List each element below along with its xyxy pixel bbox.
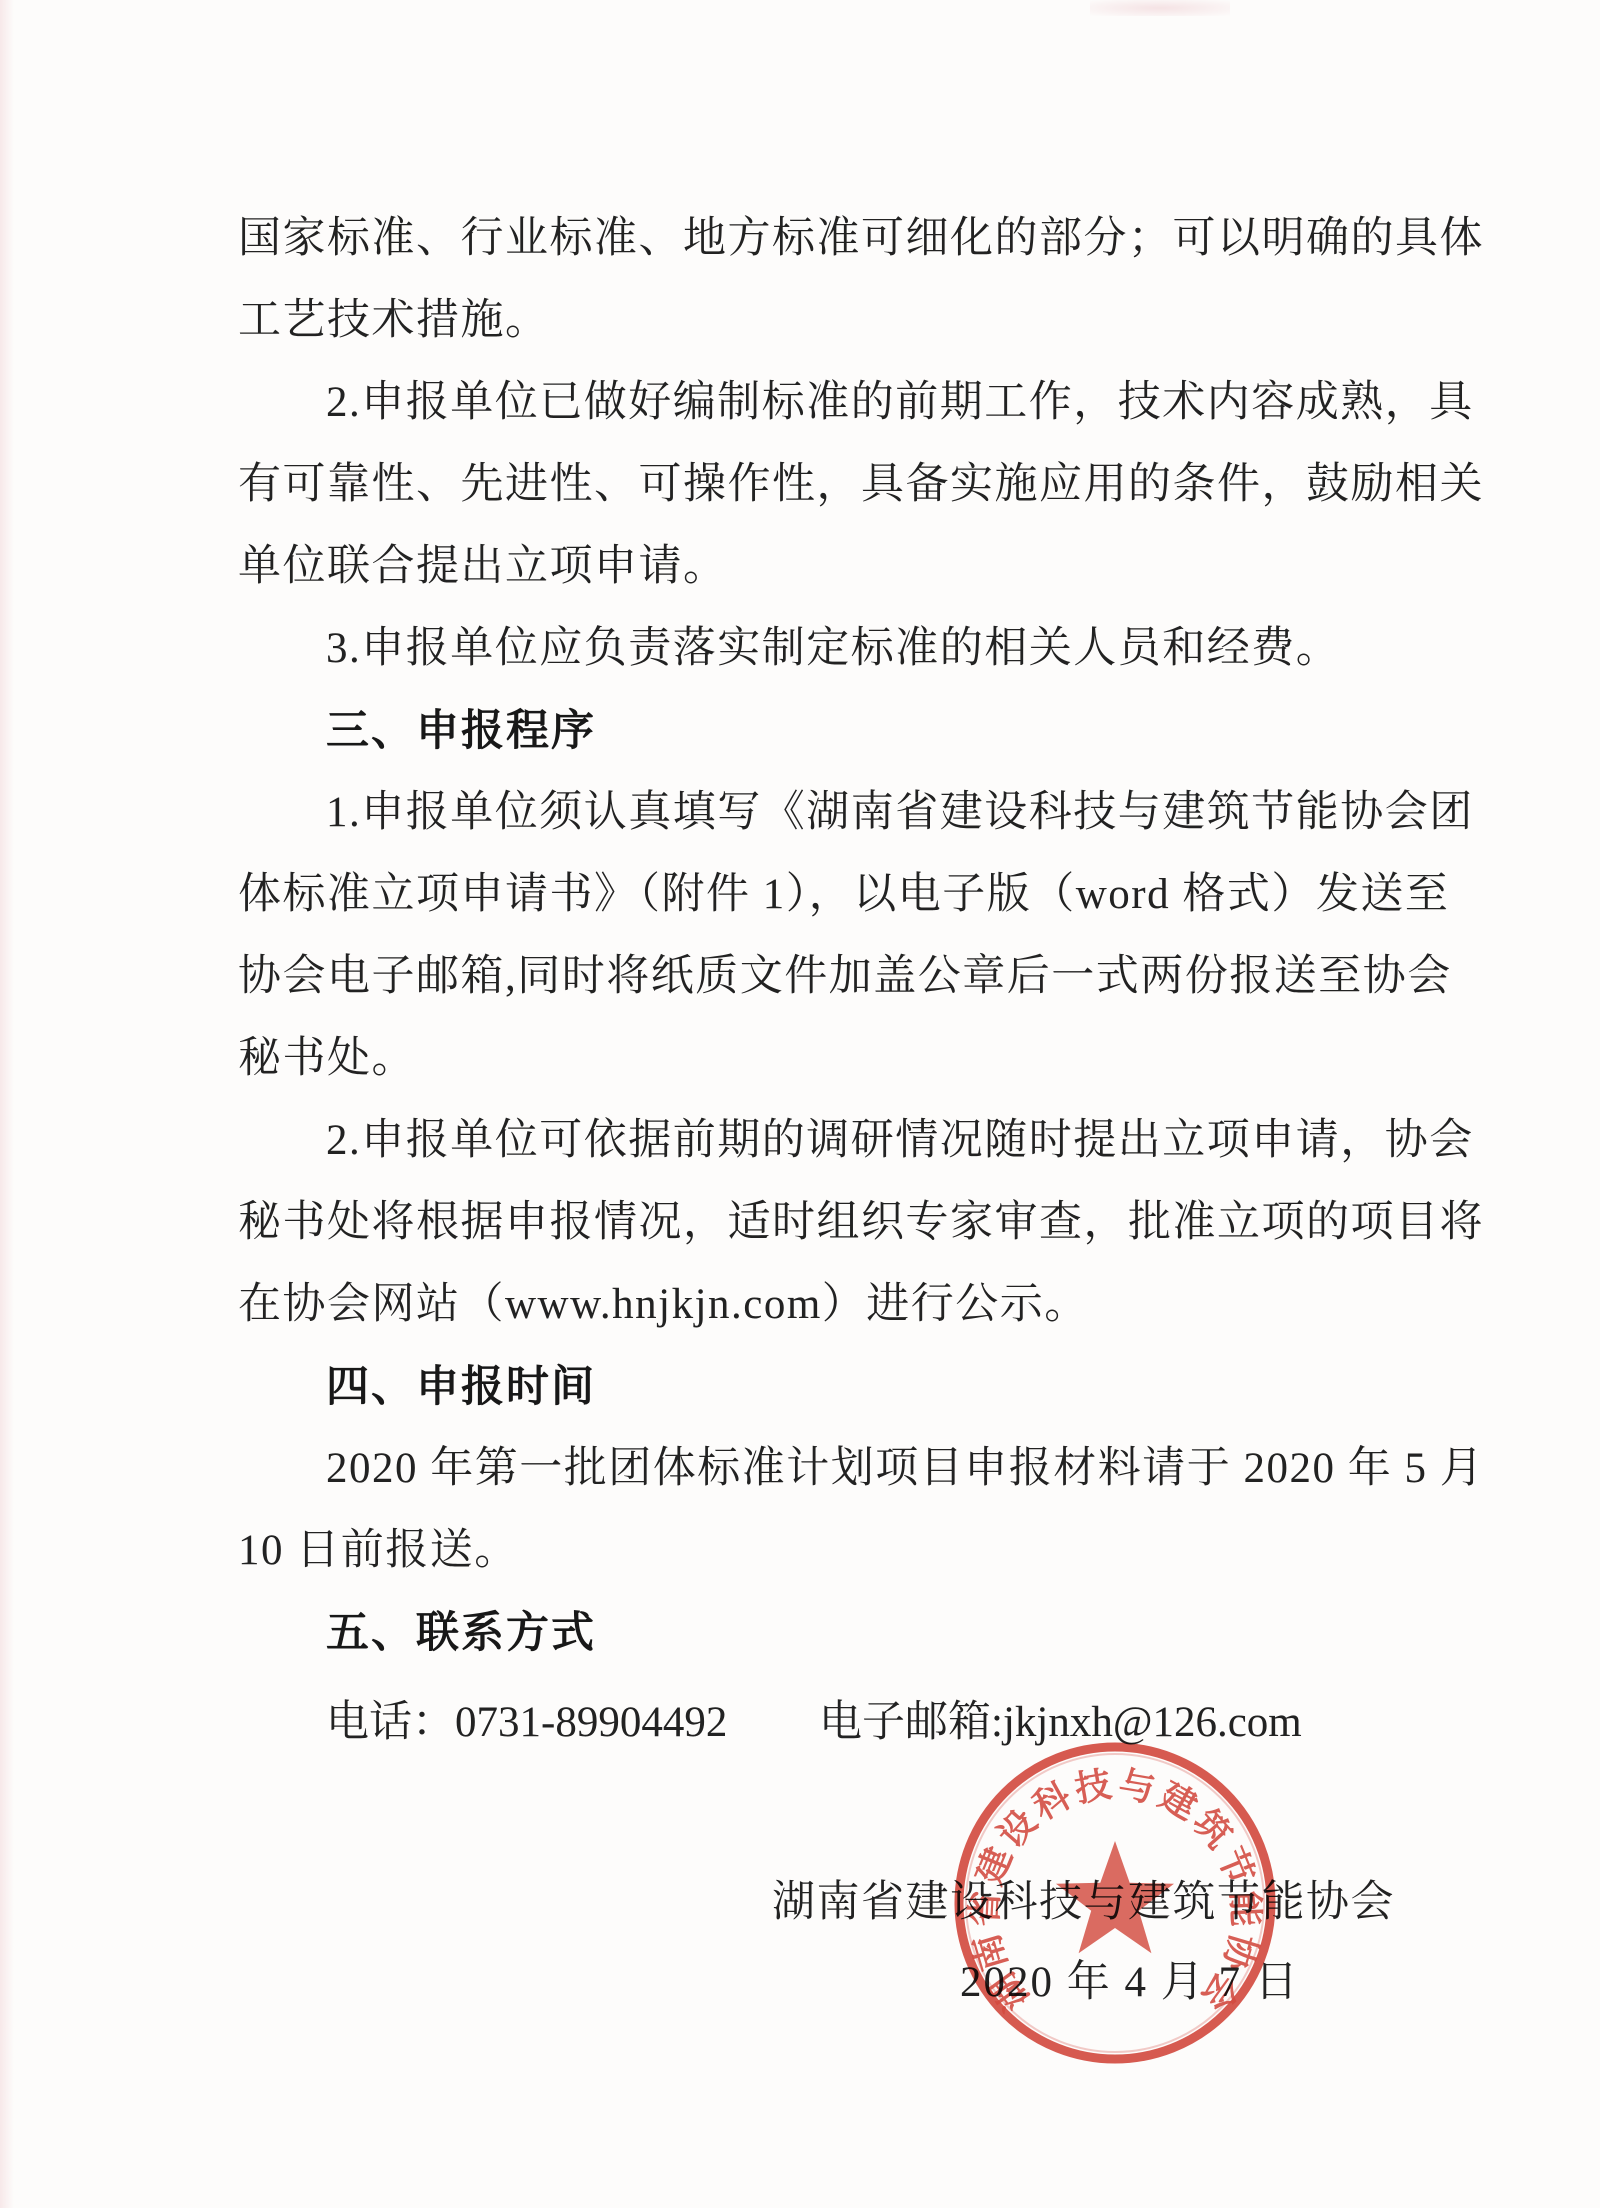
phone-label: 电话： xyxy=(326,1699,455,1746)
body-line: 国家标准、行业标准、地方标准可细化的部分；可以明确的具体 xyxy=(238,212,1484,266)
seal-char: 技 xyxy=(1072,1763,1114,1809)
body-line: 单位联合提出立项申请。 xyxy=(238,540,728,594)
body-line: 2.申报单位可依据前期的调研情况随时提出立项申请，协会 xyxy=(326,1114,1474,1168)
official-seal: 湖南省建设科技与建筑节能协会 xyxy=(925,1713,1305,2093)
body-line: 秘书处。 xyxy=(238,1032,416,1086)
phone-value: 0731-89904492 xyxy=(455,1699,727,1746)
seal-char: 与 xyxy=(1116,1763,1158,1809)
seal-char: 能 xyxy=(1224,1890,1267,1928)
body-line: 秘书处将根据申报情况，适时组织专家审查，批准立项的项目将 xyxy=(238,1196,1484,1250)
body-line: 3.申报单位应负责落实制定标准的相关人员和经费。 xyxy=(326,622,1340,676)
body-line: 工艺技术措施。 xyxy=(238,294,550,348)
section-heading: 四、申报时间 xyxy=(326,1360,596,1414)
seal-char: 南 xyxy=(965,1929,1015,1975)
seal-char: 湖 xyxy=(982,1965,1036,2018)
body-line: 10 日前报送。 xyxy=(238,1524,519,1578)
section-heading: 五、联系方式 xyxy=(326,1606,596,1660)
seal-star-icon xyxy=(1056,1841,1174,1953)
body-line: 体标准立项申请书》（附件 1），以电子版（word 格式）发送至 xyxy=(238,868,1449,922)
body-line: 2.申报单位已做好编制标准的前期工作，技术内容成熟，具 xyxy=(326,376,1474,430)
scan-smudge-artifact xyxy=(1090,0,1230,16)
body-line: 1.申报单位须认真填写《湖南省建设科技与建筑节能协会团 xyxy=(326,786,1474,840)
body-line: 2020 年第一批团体标准计划项目申报材料请于 2020 年 5 月 xyxy=(326,1442,1484,1496)
body-line: 在协会网站（www.hnjkjn.com）进行公示。 xyxy=(238,1278,1089,1332)
body-line: 有可靠性、先进性、可操作性，具备实施应用的条件，鼓励相关 xyxy=(238,458,1484,512)
scan-edge-artifact xyxy=(0,0,14,2208)
seal-char: 会 xyxy=(1193,1965,1247,2018)
contact-line: 电话：0731-89904492 电子邮箱:jkjnxh@126.com xyxy=(0,1688,1600,1744)
scanned-document-page: 国家标准、行业标准、地方标准可细化的部分；可以明确的具体工艺技术措施。2.申报单… xyxy=(0,0,1600,2208)
body-line: 协会电子邮箱,同时将纸质文件加盖公章后一式两份报送至协会 xyxy=(238,950,1452,1004)
phone-number: 电话：0731-89904492 xyxy=(326,1688,727,1749)
section-heading: 三、申报程序 xyxy=(326,704,596,758)
seal-char: 省 xyxy=(963,1890,1006,1928)
